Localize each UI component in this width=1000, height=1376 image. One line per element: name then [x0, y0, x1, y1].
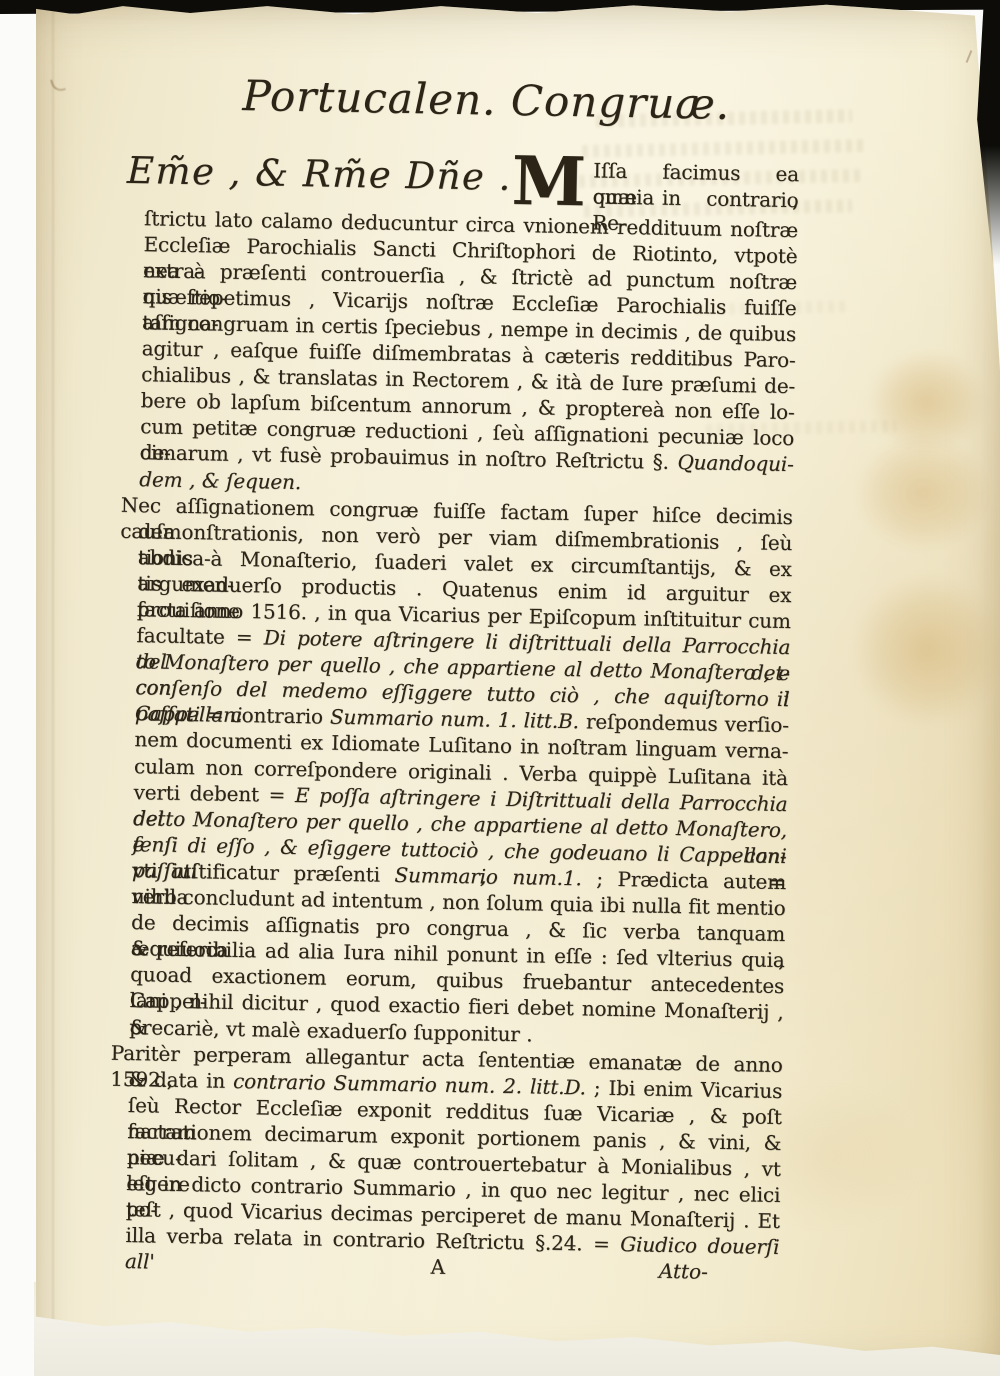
text-segment: Summario num. 1. litt.B. — [330, 705, 579, 734]
drop-cap: M — [511, 154, 586, 207]
text-segment: = contrario — [200, 703, 331, 729]
drop-cap-lines: Iſſa facimus ea omnia ,quæ in contrario … — [592, 154, 799, 213]
salutation: Em̃e , & Rm̃e Dñe . — [127, 145, 513, 202]
text-segment: ; Ibi enim Vicarius — [586, 1075, 783, 1103]
text-segment: vti iuſtificatur præſenti — [132, 858, 395, 887]
text-segment: dem , & ſequen. — [139, 467, 301, 494]
text-line: quæ in contrario Re- — [592, 183, 798, 213]
body-text: ſtrictu lato calamo deducuntur circa vni… — [107, 204, 798, 1260]
scanned-document: Portucalen. Congruæ. Em̃e , & Rm̃e Dñe .… — [0, 0, 1000, 1376]
text-segment: Quandoqui- — [677, 450, 794, 476]
page-content: Portucalen. Congruæ. Em̃e , & Rm̃e Dñe .… — [15, 0, 1000, 1291]
opening-row: Em̃e , & Rm̃e Dñe . M Iſſa facimus ea om… — [126, 145, 799, 214]
text-segment: reſpondemus verſio- — [579, 710, 789, 738]
text-segment: verti debent = — [133, 780, 295, 807]
text-segment: facultate = — [136, 623, 264, 649]
text-segment: & data in — [128, 1067, 233, 1093]
page-header-title: Portucalen. Congruæ. — [36, 65, 1000, 137]
catchword: Atto- — [659, 1259, 708, 1284]
text-segment: Summario num.1. — [394, 863, 582, 890]
text-line: Iſſa facimus ea omnia , — [593, 157, 799, 187]
document-page: Portucalen. Congruæ. Em̃e , & Rm̃e Dñe .… — [36, 2, 1000, 1370]
text-segment: paſſati — [135, 701, 200, 726]
